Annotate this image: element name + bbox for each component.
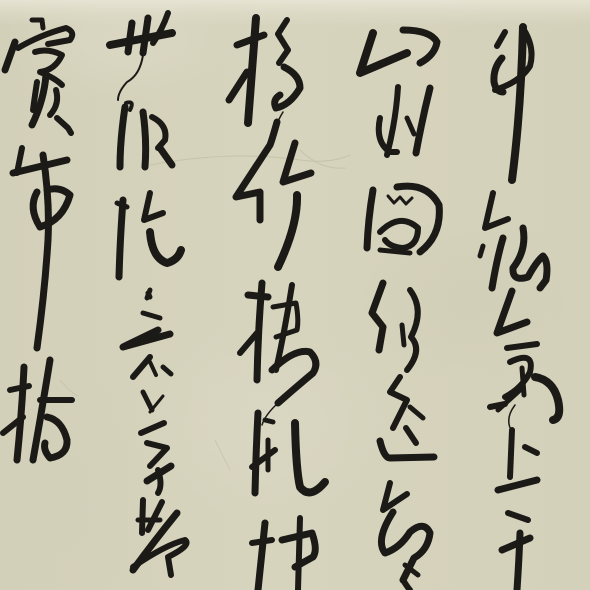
brush-stroke [381, 512, 430, 580]
brush-stroke [525, 447, 537, 453]
brush-stroke [497, 291, 527, 333]
brush-stroke [17, 367, 24, 460]
calligraphy-character: 水 [379, 87, 430, 155]
calligraphy-character: 隱 [117, 193, 181, 297]
brush-stroke [133, 357, 150, 377]
brush-stroke [150, 362, 156, 375]
brush-stroke [485, 193, 508, 228]
calligraphy-character: 圖 [367, 186, 439, 253]
brush-stroke [147, 443, 167, 466]
brush-stroke [509, 405, 515, 430]
paper-crease [60, 380, 78, 396]
calligraphy-character: 竹 [236, 122, 311, 267]
calligraphy-character: 帶 [13, 148, 70, 348]
calligraphy-character: 遂 [380, 377, 434, 458]
brush-stroke [498, 480, 537, 490]
calligraphy-character: 寶 [5, 20, 72, 133]
brush-stroke [148, 502, 162, 530]
text-column-3: 移竹接乾坤 [229, 18, 325, 590]
brush-stroke [141, 423, 164, 433]
brush-stroke [255, 413, 258, 493]
calligraphy-character: 上 [498, 430, 537, 490]
brush-stroke [144, 193, 163, 220]
brush-stroke [143, 313, 160, 318]
brush-stroke [407, 290, 418, 370]
brush-stroke [119, 200, 123, 277]
brush-stroke [512, 27, 523, 180]
brush-stroke [410, 407, 423, 418]
brush-stroke [497, 32, 505, 46]
brush-stroke [383, 483, 407, 510]
brush-stroke [492, 238, 503, 288]
calligraphy-character: 乾 [252, 413, 325, 493]
brush-stroke [517, 533, 520, 590]
calligraphy-character: 擔 [3, 360, 72, 460]
calligraphy-canvas: 斗納氣上干山水圖經遂無移竹接乾坤世限隱之示以子卷寶帶擔 [0, 0, 590, 590]
calligraphy-character: 子 [147, 443, 171, 493]
brush-stroke [143, 392, 152, 410]
brush-stroke [388, 196, 412, 204]
brush-stroke [367, 190, 373, 248]
brush-stroke [298, 518, 300, 590]
calligraphy-character: 移 [229, 18, 300, 140]
calligraphy-character: 限 [120, 102, 172, 167]
brush-stroke [403, 580, 410, 590]
brush-stroke [18, 28, 72, 48]
brush-stroke [283, 143, 311, 182]
brush-stroke [147, 290, 150, 298]
brush-stroke [37, 155, 48, 348]
calligraphy-character: 示 [133, 357, 171, 377]
brush-stroke [50, 90, 57, 115]
text-column-5: 寶帶擔 [3, 20, 72, 460]
brush-stroke [118, 55, 143, 100]
brush-stroke [120, 107, 125, 167]
brush-stroke [387, 87, 398, 155]
brush-stroke [57, 118, 71, 133]
calligraphy-character: 之 [123, 290, 170, 347]
brush-stroke [380, 441, 434, 458]
brush-stroke [535, 377, 559, 420]
calligraphy-character: 山 [360, 30, 437, 73]
brush-stroke [265, 420, 273, 422]
brush-stroke [163, 367, 171, 374]
brush-stroke [143, 112, 146, 167]
brush-stroke [128, 23, 132, 52]
brush-stroke [295, 423, 325, 492]
brush-stroke [407, 118, 414, 134]
brush-stroke [508, 513, 528, 520]
text-column-1: 斗納氣上干 [480, 27, 559, 590]
brush-stroke [513, 228, 547, 288]
calligraphy-character: 卷 [133, 500, 187, 575]
brush-stroke [507, 344, 537, 348]
text-column-4: 世限隱之示以子卷 [110, 13, 187, 575]
brush-stroke [360, 33, 407, 73]
brush-stroke [152, 117, 165, 148]
calligraphy-character: 干 [502, 513, 530, 590]
brush-stroke [372, 283, 383, 350]
calligraphy-scroll: 斗納氣上干山水圖經遂無移竹接乾坤世限隱之示以子卷寶帶擔 斗納氣上干 山水圖經遂無… [0, 0, 590, 590]
brush-stroke [510, 430, 512, 477]
calligraphy-character: 斗 [494, 27, 532, 180]
calligraphy-character: 世 [110, 13, 172, 100]
brush-stroke [416, 88, 430, 153]
calligraphy-character: 納 [480, 193, 547, 288]
brush-stroke [32, 20, 43, 28]
calligraphy-character: 以 [141, 392, 164, 433]
brush-stroke [402, 325, 404, 345]
text-column-2: 山水圖經遂無 [360, 30, 439, 590]
brush-stroke [45, 417, 67, 458]
brush-stroke [143, 18, 148, 53]
brush-stroke [380, 221, 418, 248]
brush-stroke [278, 195, 297, 267]
calligraphy-character: 經 [372, 283, 418, 370]
brush-stroke [236, 122, 277, 220]
brush-stroke [150, 232, 181, 263]
brush-stroke [229, 72, 247, 100]
paper-creases [60, 150, 350, 470]
brush-stroke [522, 368, 524, 395]
calligraphy-character: 坤 [252, 518, 315, 590]
calligraphy-character: 接 [240, 283, 316, 425]
brush-stroke [258, 523, 265, 590]
ink-layer: 斗納氣上干山水圖經遂無移竹接乾坤世限隱之示以子卷寶帶擔 [3, 13, 559, 590]
brush-stroke [480, 246, 483, 256]
brush-stroke [403, 30, 437, 63]
calligraphy-character: 無 [381, 483, 430, 590]
brush-stroke [142, 500, 143, 533]
brush-stroke [123, 330, 170, 347]
brush-stroke [380, 250, 410, 253]
brush-stroke [275, 67, 300, 108]
brush-stroke [150, 396, 163, 412]
brush-stroke [158, 470, 161, 493]
brush-stroke [406, 428, 416, 443]
paper-crease [215, 440, 230, 470]
brush-stroke [5, 42, 15, 70]
brush-stroke [278, 20, 288, 63]
calligraphy-character: 氣 [490, 291, 559, 430]
brush-stroke [252, 540, 272, 543]
brush-stroke [390, 377, 407, 428]
